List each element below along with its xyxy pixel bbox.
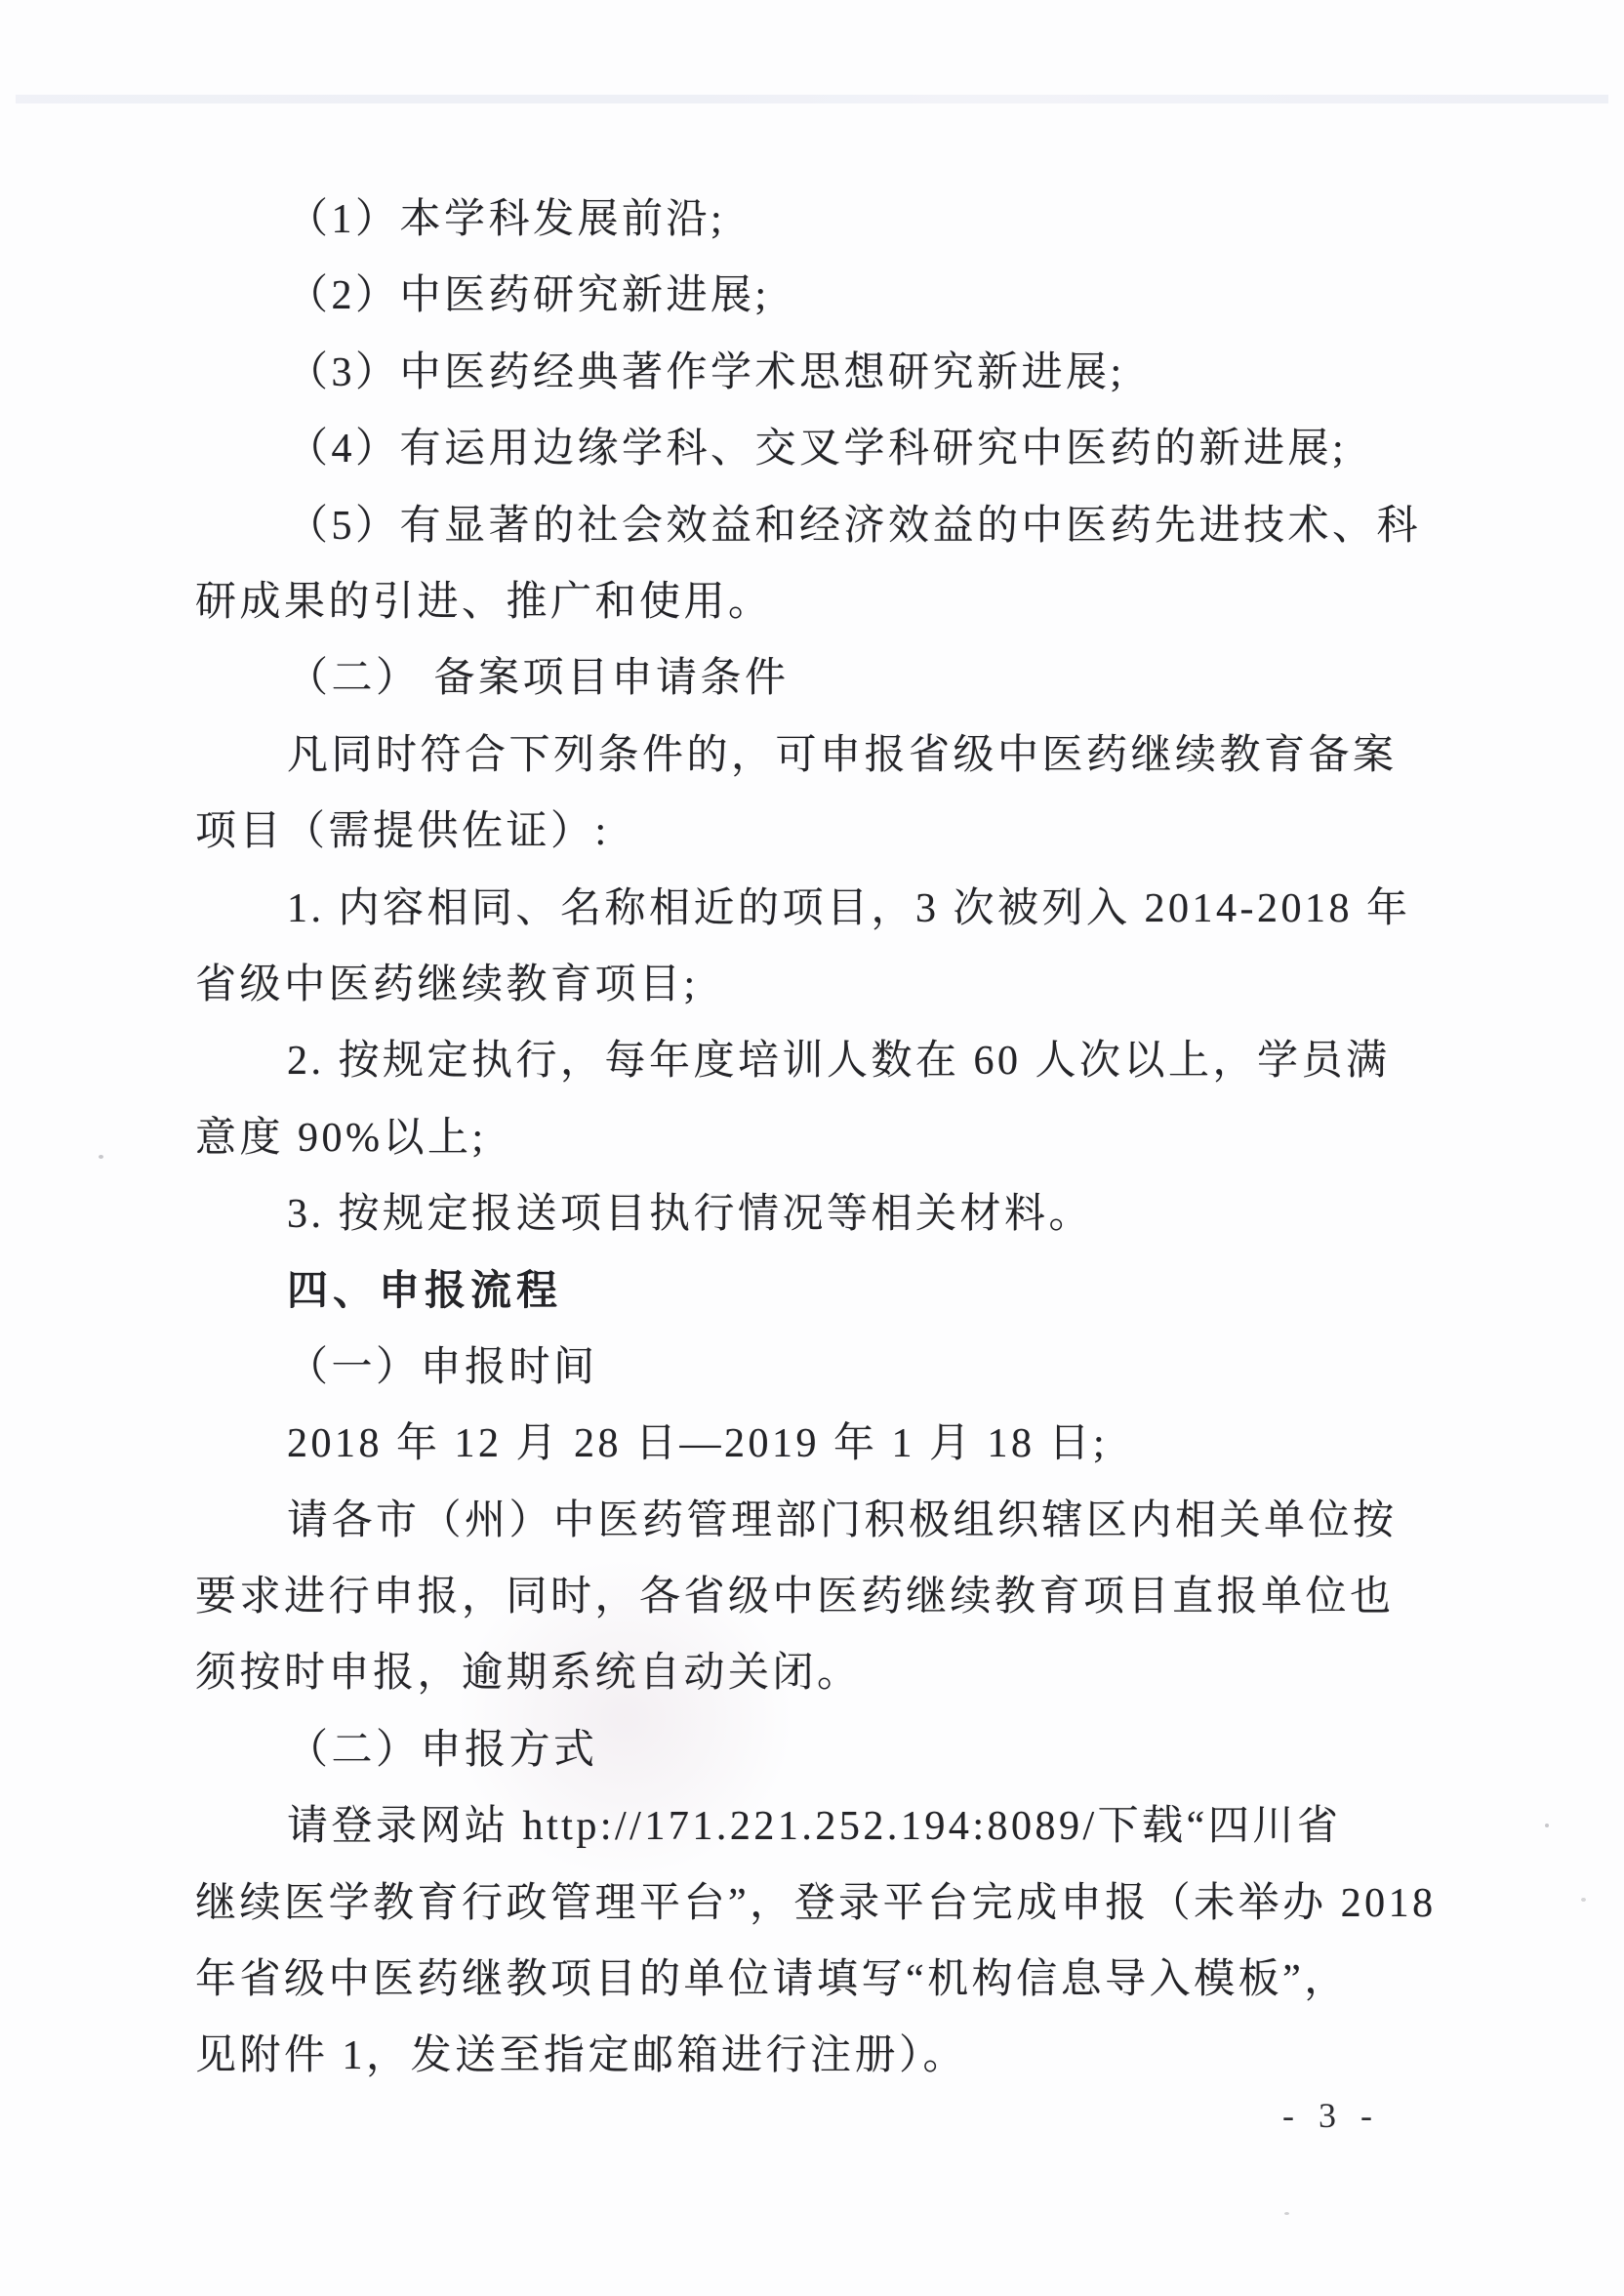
- text-line: （一）申报时间: [195, 1330, 1444, 1406]
- text-line: 请各市（州）中医药管理部门积极组织辖区内相关单位按: [195, 1483, 1444, 1559]
- text-line: （1）本学科发展前沿;: [195, 182, 1444, 258]
- text-line: （2）中医药研究新进展;: [195, 258, 1444, 334]
- text-line: （3）中医药经典著作学术思想研究新进展;: [195, 335, 1444, 411]
- scan-speck: [1581, 1898, 1586, 1902]
- text-line: 2. 按规定执行，每年度培训人数在 60 人次以上，学员满: [195, 1023, 1444, 1099]
- text-line: 2018 年 12 月 28 日—2019 年 1 月 18 日;: [195, 1406, 1444, 1482]
- scan-artifact-band: [16, 95, 1608, 103]
- text-line: （4）有运用边缘学科、交叉学科研究中医药的新进展;: [195, 411, 1444, 487]
- text-line: 须按时申报，逾期系统自动关闭。: [195, 1635, 1444, 1711]
- text-line: （5）有显著的社会效益和经济效益的中医药先进技术、科: [195, 488, 1444, 564]
- text-line: 意度 90%以上;: [195, 1100, 1444, 1176]
- scan-speck: [1545, 1824, 1549, 1827]
- scan-speck: [1284, 2212, 1289, 2215]
- text-line: 请登录网站 http://171.221.252.194:8089/下载“四川省: [195, 1788, 1444, 1865]
- text-line: 见附件 1，发送至指定邮箱进行注册）。: [195, 2018, 1444, 2094]
- text-line: 年省级中医药继教项目的单位请填写“机构信息导入模板”，: [195, 1942, 1444, 2018]
- text-line: 3. 按规定报送项目执行情况等相关材料。: [195, 1176, 1444, 1252]
- text-line: 凡同时符合下列条件的，可申报省级中医药继续教育备案: [195, 717, 1444, 794]
- text-line: 要求进行申报，同时，各省级中医药继续教育项目直报单位也: [195, 1559, 1444, 1635]
- text-line: （二） 备案项目申请条件: [195, 640, 1444, 717]
- text-line: 四、申报流程: [195, 1252, 1444, 1329]
- scan-speck: [99, 1155, 103, 1159]
- text-line: 项目（需提供佐证）:: [195, 794, 1444, 870]
- text-line: 省级中医药继续教育项目;: [195, 947, 1444, 1023]
- text-line: （二）申报方式: [195, 1712, 1444, 1788]
- document-text: （1）本学科发展前沿;（2）中医药研究新进展;（3）中医药经典著作学术思想研究新…: [195, 182, 1444, 2095]
- text-line: 继续医学教育行政管理平台”，登录平台完成申报（未举办 2018: [195, 1865, 1444, 1942]
- text-line: 1. 内容相同、名称相近的项目，3 次被列入 2014-2018 年: [195, 871, 1444, 947]
- text-line: 研成果的引进、推广和使用。: [195, 564, 1444, 640]
- scanned-document-page: （1）本学科发展前沿;（2）中医药研究新进展;（3）中医药经典著作学术思想研究新…: [0, 0, 1624, 2296]
- page-number: - 3 -: [1282, 2095, 1380, 2136]
